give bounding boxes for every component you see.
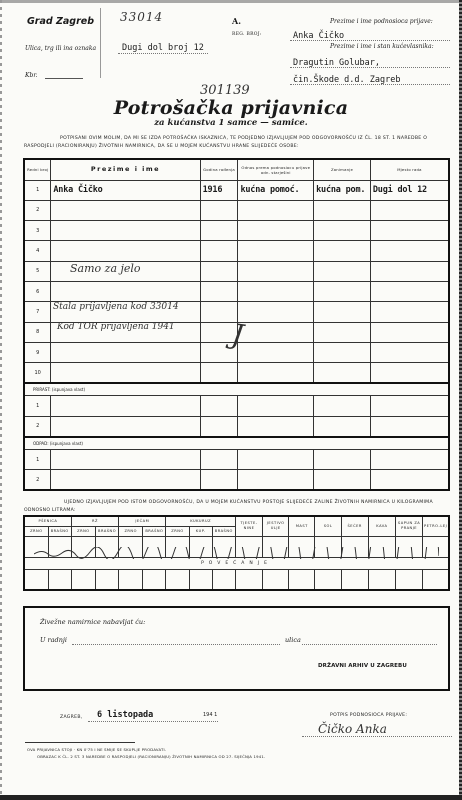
relation: kućna pomoć. xyxy=(238,180,314,200)
reg-number-label: REG. BROJ: xyxy=(232,32,262,37)
shop-street-label: ulica xyxy=(285,636,301,644)
row-number: 2 xyxy=(24,470,51,490)
sub-header: KUP. xyxy=(189,526,212,536)
date-line xyxy=(88,721,218,722)
street-value: Dugi dol broj 12 xyxy=(122,43,204,53)
person-name xyxy=(51,363,200,383)
increase-values-row xyxy=(24,569,449,590)
kbr-label: Kbr. xyxy=(25,72,37,79)
workplace: Dugi dol 12 xyxy=(370,180,449,200)
archive-stamp: DRŽAVNI ARHIV U ZAGREBU xyxy=(318,663,407,669)
cell xyxy=(51,470,200,490)
cell xyxy=(314,416,371,436)
birth-year xyxy=(200,302,238,322)
sub-header: ZRNO xyxy=(166,526,189,536)
cell xyxy=(71,569,95,590)
sub-header: ZRNO xyxy=(119,526,143,536)
row-number: 3 xyxy=(24,221,51,241)
occupation xyxy=(314,363,371,383)
shop-intro-label: Živežne namirnice nabavljat ću: xyxy=(40,618,145,626)
sub-header: BRAŠNO xyxy=(95,526,118,536)
applicant-label: Prezime i ime podnosioca prijave: xyxy=(330,18,433,25)
signature-line xyxy=(302,736,452,737)
row-number: 4 xyxy=(24,241,51,261)
cell xyxy=(119,569,143,590)
table-row: 1 Anka Čičko 1916 kućna pomoć. kućna pom… xyxy=(24,180,449,200)
workplace xyxy=(370,302,449,322)
scan-edge-top xyxy=(0,0,462,3)
cell xyxy=(212,569,235,590)
footer-rule xyxy=(25,742,135,743)
group-header-raz: RŽ xyxy=(71,516,118,526)
relation xyxy=(238,221,314,241)
shop-street-line xyxy=(302,644,437,645)
city-label: Grad Zagreb xyxy=(27,16,94,27)
occupation xyxy=(314,342,371,362)
form-mark: A. xyxy=(232,16,241,26)
declaration-2-text: Ujedno izjavljujem pod istom odgovornošć… xyxy=(24,499,456,515)
workplace xyxy=(370,261,449,281)
col-header-tjestenine: TJESTE-NINE xyxy=(235,516,262,536)
col-header-sol: SOL xyxy=(315,516,341,536)
cell xyxy=(289,569,315,590)
form-regulation-note: OBRAZAC K ČL. 2 ST. 3 NAREDBE O RASPODJE… xyxy=(37,754,265,759)
col-header-ulje: JESTIVO ULJE xyxy=(263,516,289,536)
odpad-section: ODPAD: (ispunjava vlast) xyxy=(24,437,449,450)
header-divider xyxy=(100,8,101,78)
occupation xyxy=(314,302,371,322)
birth-year xyxy=(200,363,238,383)
birth-year xyxy=(200,261,238,281)
workplace xyxy=(370,200,449,220)
sub-header: BRAŠNO xyxy=(143,526,166,536)
person-name xyxy=(51,200,200,220)
declaration-text: Potpisani ovim molim, da mi se izda potr… xyxy=(24,135,456,151)
col-header-mast: MAST xyxy=(289,516,315,536)
cell xyxy=(238,450,314,470)
cell xyxy=(48,569,71,590)
cell xyxy=(238,396,314,416)
workplace xyxy=(370,281,449,301)
cell xyxy=(235,569,262,590)
cell xyxy=(370,396,449,416)
person-name xyxy=(51,281,200,301)
shop-name-line xyxy=(72,644,280,645)
occupation: kućna pom. xyxy=(314,180,371,200)
group-header-psenica: PŠENICA xyxy=(24,516,71,526)
cell xyxy=(315,569,341,590)
cell xyxy=(423,569,449,590)
table-row: 4 xyxy=(24,241,449,261)
wavy-strikethrough-line xyxy=(34,547,439,559)
street-label: Ulica, trg ili ina oznaka xyxy=(25,45,96,52)
cell xyxy=(263,569,289,590)
handwritten-note-row7: Stala prijavljena kod 33014 xyxy=(53,302,179,312)
relation xyxy=(238,322,314,342)
persons-table-header: Redni broj Prezime i ime Godina rođenja … xyxy=(24,159,449,180)
householder-label: Prezime i ime i stan kućevlasnika: xyxy=(330,43,434,50)
scan-edge-bottom xyxy=(0,795,462,800)
cell xyxy=(95,569,118,590)
col-header-workplace: Mjesto rada xyxy=(370,159,449,180)
cell xyxy=(370,416,449,436)
row-number: 9 xyxy=(24,342,51,362)
cell xyxy=(51,396,200,416)
workplace xyxy=(370,221,449,241)
relation xyxy=(238,281,314,301)
occupation xyxy=(314,322,371,342)
kbr-line xyxy=(45,78,83,79)
prirast-section: PRIRAST: (ispunjava vlast) xyxy=(24,383,449,396)
cell xyxy=(238,470,314,490)
col-header-petrolej: PETRO-LEJ xyxy=(423,516,449,536)
table-row: 3 xyxy=(24,221,449,241)
row-number: 8 xyxy=(24,322,51,342)
person-name xyxy=(51,241,200,261)
cell xyxy=(368,569,395,590)
cell xyxy=(200,396,238,416)
place-label: ZAGREB, xyxy=(60,715,83,720)
group-header-jecam: JEČAM xyxy=(119,516,166,526)
table-row: 2 xyxy=(24,470,449,490)
person-name: Anka Čičko xyxy=(51,180,200,200)
cell xyxy=(143,569,166,590)
col-header-sapun: SAPUN ZA PRANJE xyxy=(395,516,422,536)
workplace xyxy=(370,241,449,261)
cell xyxy=(189,569,212,590)
sub-header: ZRNO xyxy=(71,526,95,536)
cell xyxy=(238,416,314,436)
document-page: Grad Zagreb 33014 A. REG. BROJ: Prezime … xyxy=(0,0,462,800)
cell xyxy=(166,569,189,590)
handwritten-note-row8: Kod TOR prijavljena 1941 xyxy=(57,322,175,332)
row-number: 5 xyxy=(24,261,51,281)
birth-year: 1916 xyxy=(200,180,238,200)
relation xyxy=(238,241,314,261)
year-value: 194 1 xyxy=(203,712,217,718)
relation xyxy=(238,342,314,362)
group-header-kukuruz: KUKURUZ xyxy=(166,516,235,526)
cell xyxy=(200,470,238,490)
relation xyxy=(238,302,314,322)
row-number: 1 xyxy=(24,450,51,470)
birth-year xyxy=(200,241,238,261)
table-row: 2 xyxy=(24,200,449,220)
cell xyxy=(395,569,422,590)
sub-header: BRAŠNO xyxy=(48,526,71,536)
person-name xyxy=(51,221,200,241)
street-line xyxy=(118,53,208,54)
price-note: OVA PRIJAVNICA STOJI · KN 0'75 I NE SMIJ… xyxy=(27,747,166,752)
cell xyxy=(370,450,449,470)
table-row: 1 xyxy=(24,450,449,470)
row-number: 1 xyxy=(24,180,51,200)
sub-header: ZRNO xyxy=(24,526,48,536)
col-header-secer: ŠEĆER xyxy=(341,516,368,536)
workplace xyxy=(370,342,449,362)
signature-label: POTPIS PODNOSIOCA PRIJAVE: xyxy=(330,713,407,718)
table-row: 10 xyxy=(24,363,449,383)
col-header-no: Redni broj xyxy=(24,159,51,180)
occupation xyxy=(314,261,371,281)
birth-year xyxy=(200,200,238,220)
row-number: 6 xyxy=(24,281,51,301)
col-header-name: Prezime i ime xyxy=(51,159,200,180)
birth-year xyxy=(200,281,238,301)
occupation xyxy=(314,281,371,301)
applicant-line xyxy=(290,40,450,41)
handwritten-note-row5: Samo za jelo xyxy=(70,262,141,275)
date-value: 6 listopada xyxy=(97,710,153,720)
odpad-label: ODPAD: (ispunjava vlast) xyxy=(24,437,449,450)
table-row: 1 xyxy=(24,396,449,416)
row-number: 10 xyxy=(24,363,51,383)
birth-year xyxy=(200,221,238,241)
table-row: 2 xyxy=(24,416,449,436)
page-subtitle: za kućanstva 1 samce — samice. xyxy=(0,118,462,128)
cell xyxy=(51,450,200,470)
cell xyxy=(200,450,238,470)
person-name xyxy=(51,342,200,362)
relation xyxy=(238,261,314,281)
table-row: 6 xyxy=(24,281,449,301)
row-number: 2 xyxy=(24,416,51,436)
relation xyxy=(238,200,314,220)
householder-line-2 xyxy=(290,84,450,85)
occupation xyxy=(314,241,371,261)
cell xyxy=(341,569,368,590)
prirast-label: PRIRAST: (ispunjava vlast) xyxy=(24,383,449,396)
cell xyxy=(24,569,48,590)
handwritten-number-2: 301139 xyxy=(200,83,250,98)
handwritten-number: 33014 xyxy=(120,10,163,24)
relation xyxy=(238,363,314,383)
row-number: 1 xyxy=(24,396,51,416)
shop-name-label: U radnji xyxy=(40,636,67,644)
workplace xyxy=(370,363,449,383)
cell xyxy=(51,416,200,436)
col-header-year: Godina rođenja xyxy=(200,159,238,180)
page-title: Potrošačka prijavnica xyxy=(0,97,462,119)
occupation xyxy=(314,200,371,220)
occupation xyxy=(314,221,371,241)
col-header-kava: KAVA xyxy=(368,516,395,536)
col-header-relation: Odnos prema podnosiocu prijave odn. star… xyxy=(238,159,314,180)
cell xyxy=(200,416,238,436)
sub-header: BRAŠNO xyxy=(212,526,235,536)
col-header-occupation: Zanimanje xyxy=(314,159,371,180)
supplies-group-header: PŠENICA RŽ JEČAM KUKURUZ TJESTE-NINE JES… xyxy=(24,516,449,526)
row-number: 7 xyxy=(24,302,51,322)
row-number: 2 xyxy=(24,200,51,220)
householder-line-1 xyxy=(290,67,450,68)
cell xyxy=(314,450,371,470)
applicant-signature: Čičko Anka xyxy=(318,722,387,736)
cell xyxy=(370,470,449,490)
cell xyxy=(314,470,371,490)
cell xyxy=(314,396,371,416)
workplace xyxy=(370,322,449,342)
